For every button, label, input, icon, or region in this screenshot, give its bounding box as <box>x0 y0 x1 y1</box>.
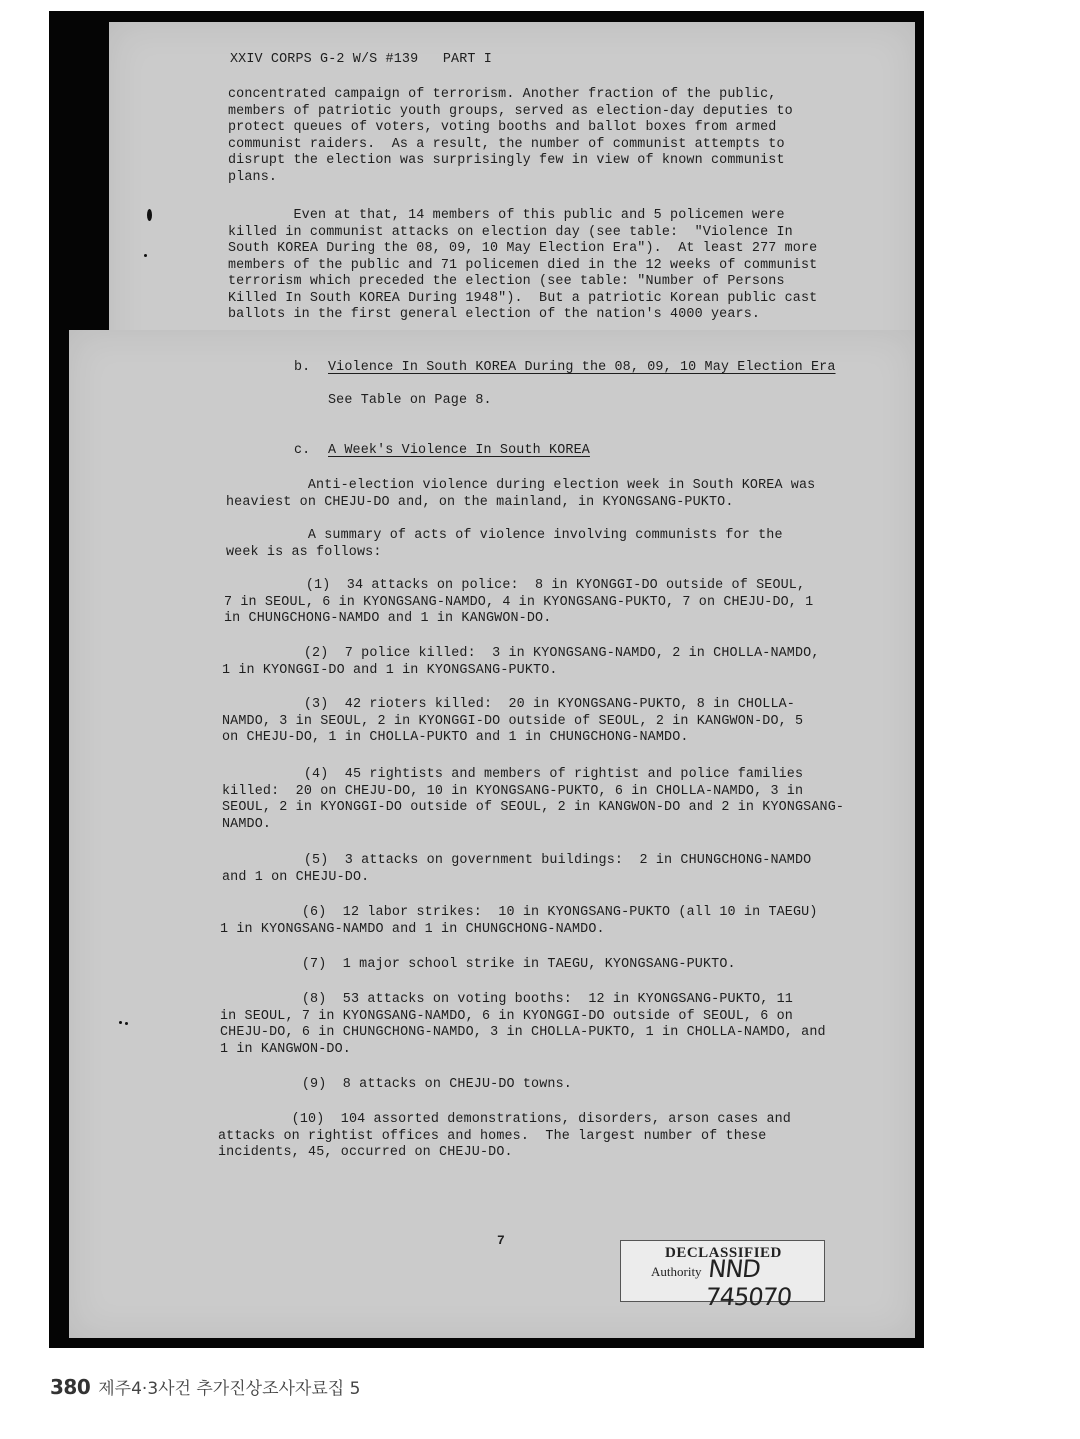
paragraph-line: South KOREA During the 08, 09, 10 May El… <box>228 241 817 258</box>
paragraph-line: protect queues of voters, voting booths … <box>228 120 776 137</box>
violence-item-line: attacks on rightist offices and homes. T… <box>218 1129 766 1146</box>
section-c-intro-line: heaviest on CHEJU-DO and, on the mainlan… <box>226 495 734 512</box>
violence-item-line: killed: 20 on CHEJU-DO, 10 in KYONGSANG-… <box>222 784 803 801</box>
book-footer: 380제주4·3사건 추가진상조사자료집 5 <box>50 1374 360 1399</box>
document-header: XXIV CORPS G-2 W/S #139 PART I <box>230 52 492 69</box>
violence-item-line: 1 in KANGWON-DO. <box>220 1042 351 1059</box>
document-page-number: 7 <box>497 1233 505 1248</box>
section-b-label: b. <box>294 360 310 377</box>
section-b-body: See Table on Page 8. <box>328 393 492 410</box>
scan-speck <box>144 254 147 257</box>
book-title: 제주4·3사건 추가진상조사자료집 5 <box>98 1379 360 1399</box>
section-c-heading: A Week's Violence In South KOREA <box>328 443 590 460</box>
scan-speck <box>147 209 152 221</box>
paragraph-line: communist raiders. As a result, the numb… <box>228 137 785 154</box>
violence-item-line: (1) 34 attacks on police: 8 in KYONGGI-D… <box>224 578 805 595</box>
section-c-label: c. <box>294 443 310 460</box>
paragraph-line: members of patriotic youth groups, serve… <box>228 104 793 121</box>
violence-item-line: (9) 8 attacks on CHEJU-DO towns. <box>220 1077 572 1094</box>
paragraph-line: terrorism which preceded the election (s… <box>228 274 785 291</box>
book-page-number: 380 <box>50 1375 90 1399</box>
stamp-authority-value: NND 745070 <box>704 1255 827 1311</box>
violence-item-line: 7 in SEOUL, 6 in KYONGSANG-NAMDO, 4 in K… <box>224 595 813 612</box>
violence-item-line: (10) 104 assorted demonstrations, disord… <box>218 1112 791 1129</box>
violence-item-line: incidents, 45, occurred on CHEJU-DO. <box>218 1145 513 1162</box>
violence-item-line: (7) 1 major school strike in TAEGU, KYON… <box>220 957 736 974</box>
violence-item-line: (5) 3 attacks on government buildings: 2… <box>222 853 811 870</box>
violence-item-line: (3) 42 rioters killed: 20 in KYONGSANG-P… <box>222 697 795 714</box>
violence-item-line: (4) 45 rightists and members of rightist… <box>222 767 803 784</box>
declassified-stamp: DECLASSIFIED Authority NND 745070 <box>620 1240 825 1302</box>
paragraph-line: Even at that, 14 members of this public … <box>228 208 785 225</box>
violence-item-line: (6) 12 labor strikes: 10 in KYONGSANG-PU… <box>220 905 818 922</box>
violence-item-line: NAMDO. <box>222 817 271 834</box>
paragraph-line: concentrated campaign of terrorism. Anot… <box>228 87 776 104</box>
violence-item-line: in SEOUL, 7 in KYONGSANG-NAMDO, 6 in KYO… <box>220 1009 793 1026</box>
violence-item-line: 1 in KYONGSANG-NAMDO and 1 in CHUNGCHONG… <box>220 922 605 939</box>
section-c-intro-line: A summary of acts of violence involving … <box>226 528 783 545</box>
violence-item-line: in CHUNGCHONG-NAMDO and 1 in KANGWON-DO. <box>224 611 551 628</box>
section-b-heading: Violence In South KOREA During the 08, 0… <box>328 360 836 377</box>
stamp-authority-label: Authority <box>651 1264 702 1280</box>
violence-item-line: and 1 on CHEJU-DO. <box>222 870 369 887</box>
paragraph-line: killed in communist attacks on election … <box>228 225 793 242</box>
paragraph-line: members of the public and 71 policemen d… <box>228 258 817 275</box>
paragraph-line: ballots in the first general election of… <box>228 307 760 324</box>
violence-item-line: on CHEJU-DO, 1 in CHOLLA-PUKTO and 1 in … <box>222 730 689 747</box>
violence-item-line: 1 in KYONGGI-DO and 1 in KYONGSANG-PUKTO… <box>222 663 558 680</box>
violence-item-line: CHEJU-DO, 6 in CHUNGCHONG-NAMDO, 3 in CH… <box>220 1025 826 1042</box>
section-c-intro-line: Anti-election violence during election w… <box>226 478 815 495</box>
paragraph-line: disrupt the election was surprisingly fe… <box>228 153 785 170</box>
scan-speck <box>119 1021 122 1024</box>
violence-item-line: (8) 53 attacks on voting booths: 12 in K… <box>220 992 793 1009</box>
violence-item-line: NAMDO, 3 in SEOUL, 2 in KYONGGI-DO outsi… <box>222 714 803 731</box>
violence-item-line: (2) 7 police killed: 3 in KYONGSANG-NAMD… <box>222 646 820 663</box>
scan-speck <box>125 1022 128 1025</box>
paragraph-line: plans. <box>228 170 277 187</box>
section-c-intro-line: week is as follows: <box>226 545 382 562</box>
violence-item-line: SEOUL, 2 in KYONGGI-DO outside of SEOUL,… <box>222 800 844 817</box>
paragraph-line: Killed In South KOREA During 1948"). But… <box>228 291 817 308</box>
